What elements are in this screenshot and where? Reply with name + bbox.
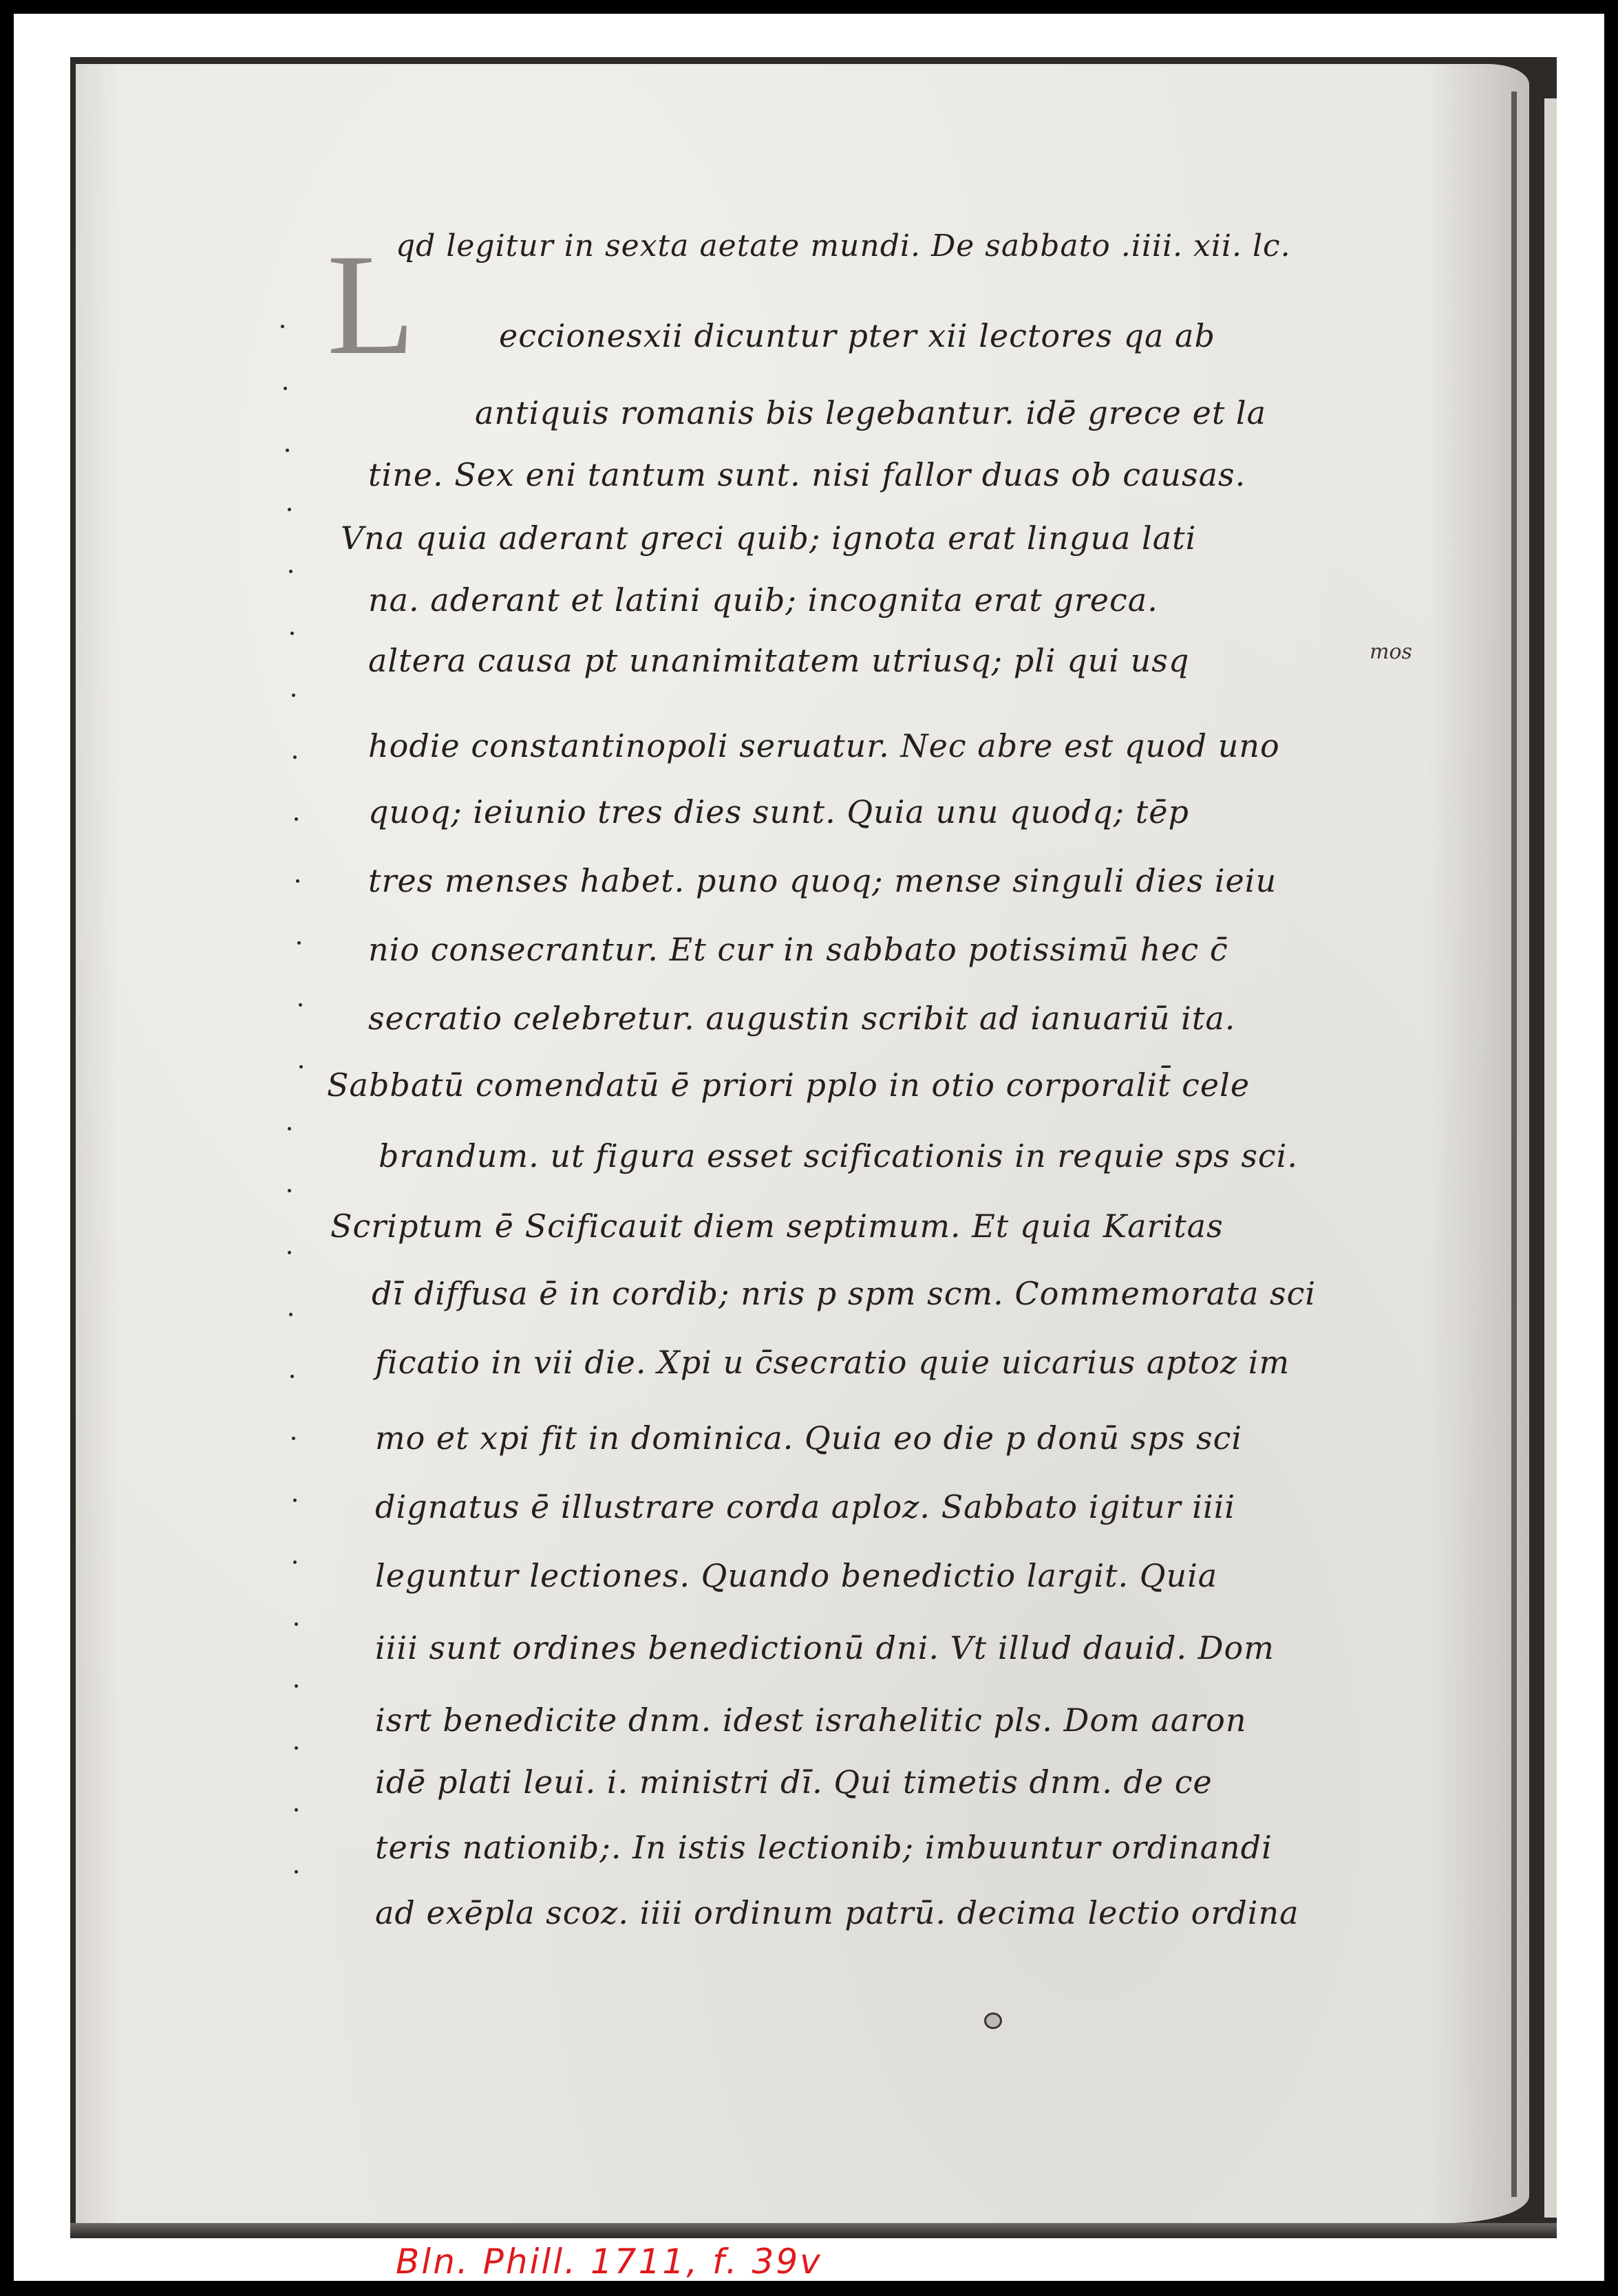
prick-mark bbox=[292, 1437, 295, 1440]
prick-mark bbox=[289, 570, 292, 573]
parchment-hole bbox=[984, 2013, 1002, 2029]
prick-mark bbox=[289, 1313, 292, 1316]
prick-mark bbox=[286, 449, 289, 452]
prick-mark bbox=[290, 632, 294, 635]
text-line: idē plati leui. i. ministri dī. Qui time… bbox=[375, 1755, 1213, 1810]
text-line: hodie constantinopoli seruatur. Nec abre… bbox=[368, 718, 1280, 773]
shelfmark-label: Bln. Phill. 1711, f. 39v bbox=[396, 2242, 822, 2282]
prick-mark bbox=[295, 817, 298, 821]
text-line: altera causa pt unanimitatem utriusq; pl… bbox=[368, 633, 1189, 688]
text-line: teris nationib;. In istis lectionib; imb… bbox=[375, 1820, 1273, 1875]
text-line: tine. Sex eni tantum sunt. nisi fallor d… bbox=[368, 447, 1246, 502]
prick-mark bbox=[281, 325, 284, 328]
text-line: iiii sunt ordines benedictionū dni. Vt i… bbox=[375, 1620, 1275, 1675]
prick-mark bbox=[295, 1684, 298, 1688]
prick-mark bbox=[292, 694, 295, 697]
text-line: secratio celebretur. augustin scribit ad… bbox=[368, 991, 1235, 1046]
text-line: ficatio in vii die. Xpi u c̄secratio qui… bbox=[375, 1335, 1290, 1390]
text-line: na. aderant et latini quib; incognita er… bbox=[368, 572, 1158, 627]
text-line: dignatus ē illustrare corda aploz. Sabba… bbox=[375, 1479, 1235, 1534]
text-line: Vna quia aderant greci quib; ignota erat… bbox=[341, 511, 1196, 566]
prick-mark bbox=[293, 1560, 297, 1564]
text-line: eccionesxii dicuntur pter xii lectores q… bbox=[499, 308, 1215, 363]
binding-shadow bbox=[70, 2223, 1557, 2238]
prick-mark bbox=[284, 387, 287, 390]
prick-mark bbox=[299, 1065, 303, 1069]
text-line: tres menses habet. puno quoq; mense sing… bbox=[368, 853, 1277, 908]
prick-mark bbox=[290, 1375, 294, 1378]
photo-mount: L qd legitur in sexta aetate mundi. De s… bbox=[14, 14, 1604, 2281]
text-line: quoq; ieiunio tres dies sunt. Quia unu q… bbox=[368, 784, 1189, 839]
prick-mark bbox=[288, 1189, 291, 1192]
text-line: qd legitur in sexta aetate mundi. De sab… bbox=[396, 219, 1291, 274]
interlinear-insertion: mos bbox=[1370, 640, 1412, 664]
text-line: leguntur lectiones. Quando benedictio la… bbox=[375, 1548, 1217, 1603]
prick-mark bbox=[293, 755, 297, 759]
text-line: isrt benedicite dnm. idest israhelitic p… bbox=[375, 1693, 1247, 1748]
text-line: antiquis romanis bis legebantur. idē gre… bbox=[475, 385, 1266, 440]
text-line: nio consecrantur. Et cur in sabbato poti… bbox=[368, 922, 1228, 977]
prick-mark bbox=[295, 1622, 298, 1626]
prick-mark bbox=[293, 1499, 297, 1502]
prick-mark bbox=[288, 1127, 291, 1130]
prick-mark bbox=[297, 941, 301, 945]
text-line: ad exēpla scoz. iiii ordinum patrū. deci… bbox=[375, 1885, 1299, 1940]
prick-mark bbox=[296, 879, 299, 883]
text-line: mo et xpi fit in dominica. Quia eo die p… bbox=[375, 1410, 1242, 1466]
text-line: dī diffusa ē in cordib; nris p spm scm. … bbox=[372, 1266, 1316, 1321]
text-line: Sabbatū comendatū ē priori pplo in otio … bbox=[327, 1058, 1250, 1113]
prick-mark bbox=[288, 1251, 291, 1254]
prick-mark bbox=[295, 1808, 298, 1812]
flyleaf-edge bbox=[1544, 98, 1557, 2218]
text-line: brandum. ut figura esset scificationis i… bbox=[379, 1128, 1298, 1183]
page-edge bbox=[1511, 92, 1517, 2197]
prick-mark bbox=[295, 1746, 298, 1750]
prick-mark bbox=[299, 1003, 302, 1007]
prick-mark bbox=[288, 508, 291, 511]
text-line: Scriptum ē Scificauit diem septimum. Et … bbox=[330, 1199, 1224, 1254]
prick-mark bbox=[295, 1870, 298, 1874]
